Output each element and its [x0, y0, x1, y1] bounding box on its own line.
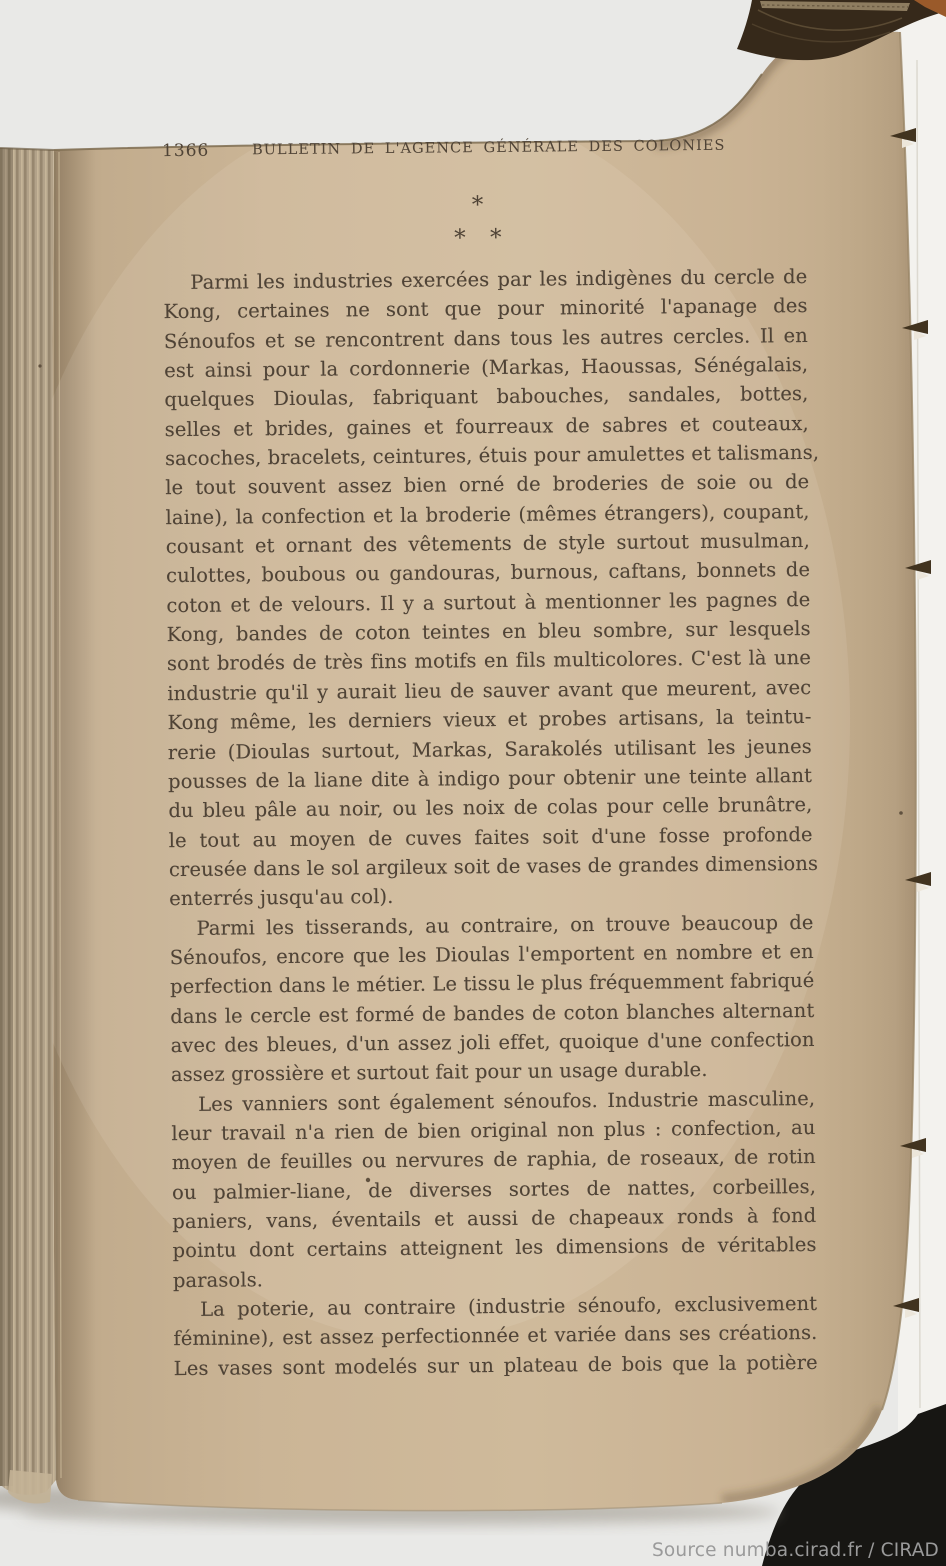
running-title: BULLETIN DE L'AGENCE GÉNÉRALE DES COLONI…	[252, 138, 726, 159]
text-line: Les vases sont modelés sur un plateau de…	[174, 1348, 818, 1384]
page-content: 1366 BULLETIN DE L'AGENCE GÉNÉRALE DES C…	[160, 130, 820, 1396]
page-number: 1366	[162, 141, 209, 161]
section-separator: * * *	[160, 186, 795, 258]
source-credit: Source numba.cirad.fr / CIRAD	[652, 1540, 939, 1561]
separator-asterisk-bottom: * *	[161, 219, 795, 258]
text-line: pointu dont certains atteignent les dime…	[172, 1230, 816, 1266]
scanned-book-photo: { "scan": { "page_number": "1366", "runn…	[0, 0, 946, 1566]
page-body-text: Parmi les industries exercées par les in…	[163, 262, 818, 1383]
page-stack-edge	[0, 148, 56, 1504]
running-header: 1366 BULLETIN DE L'AGENCE GÉNÉRALE DES C…	[160, 130, 808, 166]
